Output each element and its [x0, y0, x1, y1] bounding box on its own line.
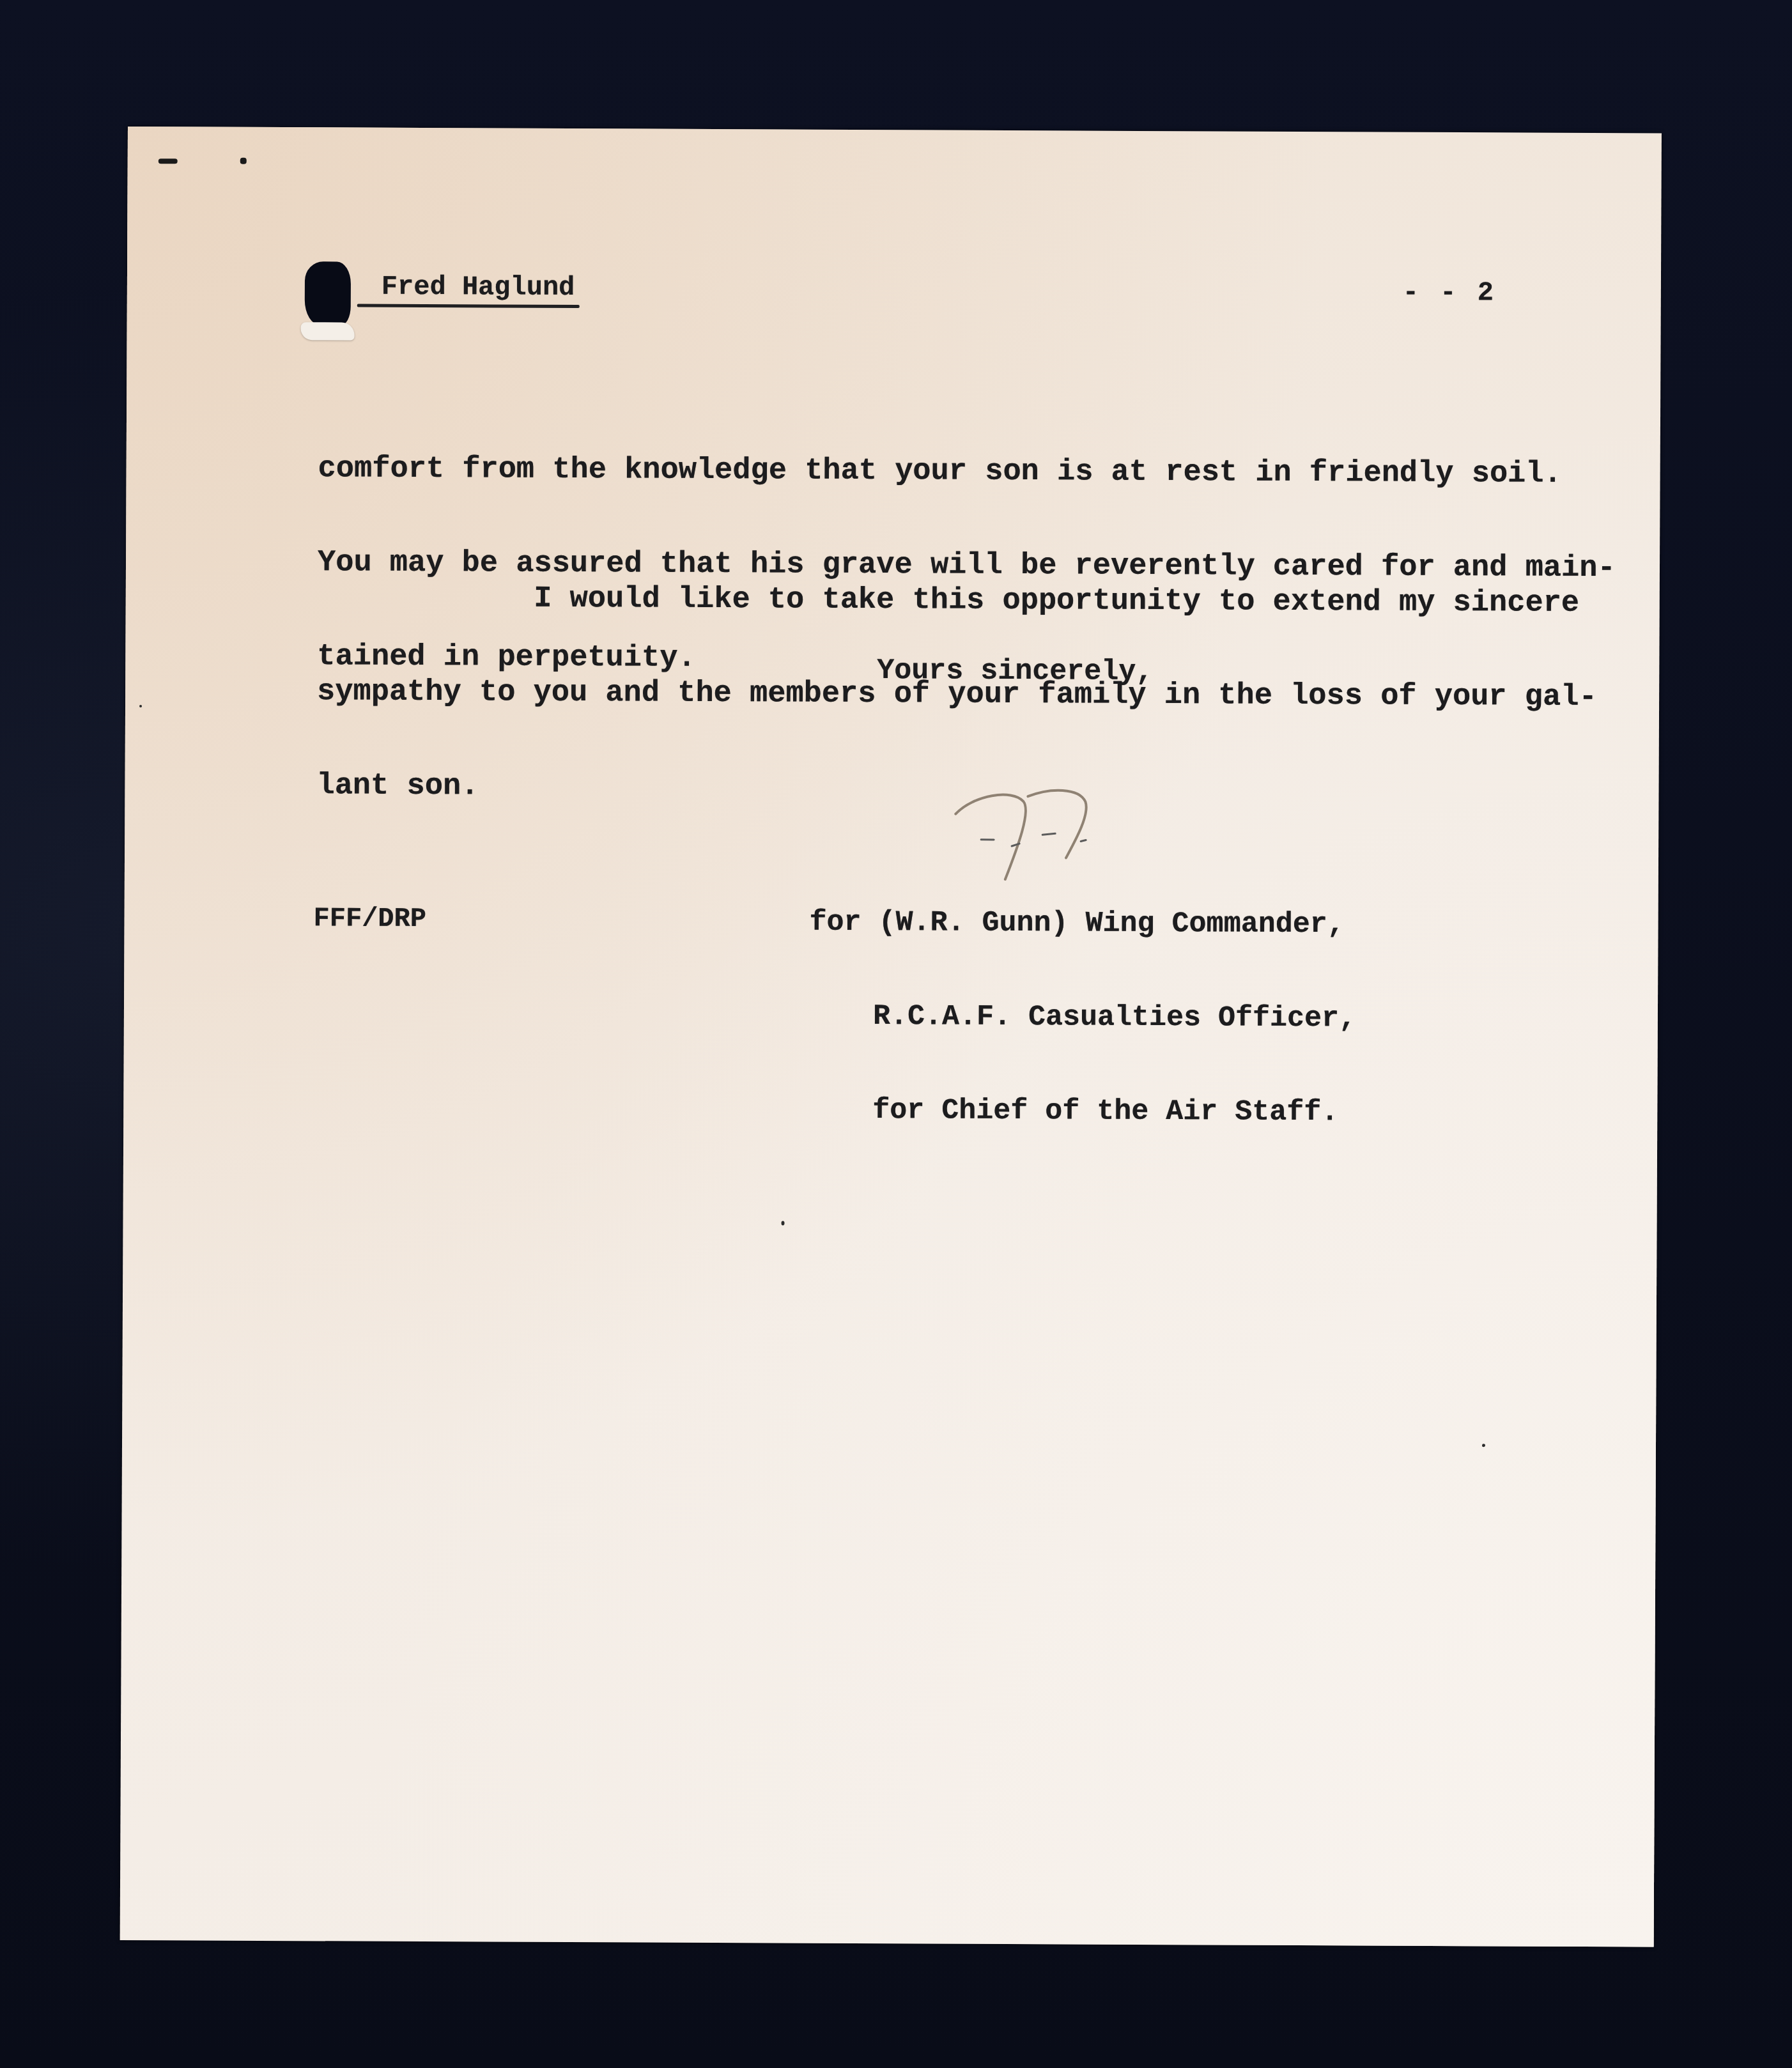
- signature-block: for (W.R. Gunn) Wing Commander, R.C.A.F.…: [808, 844, 1357, 1191]
- paper-speck: [1482, 1444, 1485, 1447]
- recipient-name-header: Fred Haglund: [382, 272, 575, 304]
- paragraph-line: lant son.: [316, 770, 1531, 806]
- body-paragraph-2: I would like to take this opportunity to…: [316, 520, 1532, 869]
- signature-line-title: R.C.A.F. Casualties Officer,: [809, 1001, 1356, 1035]
- paper-speck: [139, 705, 142, 707]
- header-underline: [357, 304, 580, 309]
- torn-paper-flap: [301, 322, 355, 340]
- paper-damage-mark: [158, 158, 178, 164]
- page-number: - - 2: [1403, 277, 1496, 309]
- closing-salutation: Yours sincerely,: [877, 655, 1153, 688]
- torn-hole: [305, 261, 351, 325]
- paragraph-line: comfort from the knowledge that your son…: [318, 453, 1533, 490]
- letter-page: Fred Haglund - - 2 comfort from the know…: [120, 127, 1662, 1947]
- paper-speck: [782, 1221, 785, 1225]
- paragraph-line: I would like to take this opportunity to…: [318, 582, 1532, 619]
- signature-line-name-rank: for (W.R. Gunn) Wing Commander,: [809, 907, 1356, 941]
- reference-initials: FFF/DRP: [313, 903, 426, 935]
- paper-damage-mark: [240, 158, 247, 164]
- signature-line-on-behalf: for Chief of the Air Staff.: [808, 1095, 1356, 1129]
